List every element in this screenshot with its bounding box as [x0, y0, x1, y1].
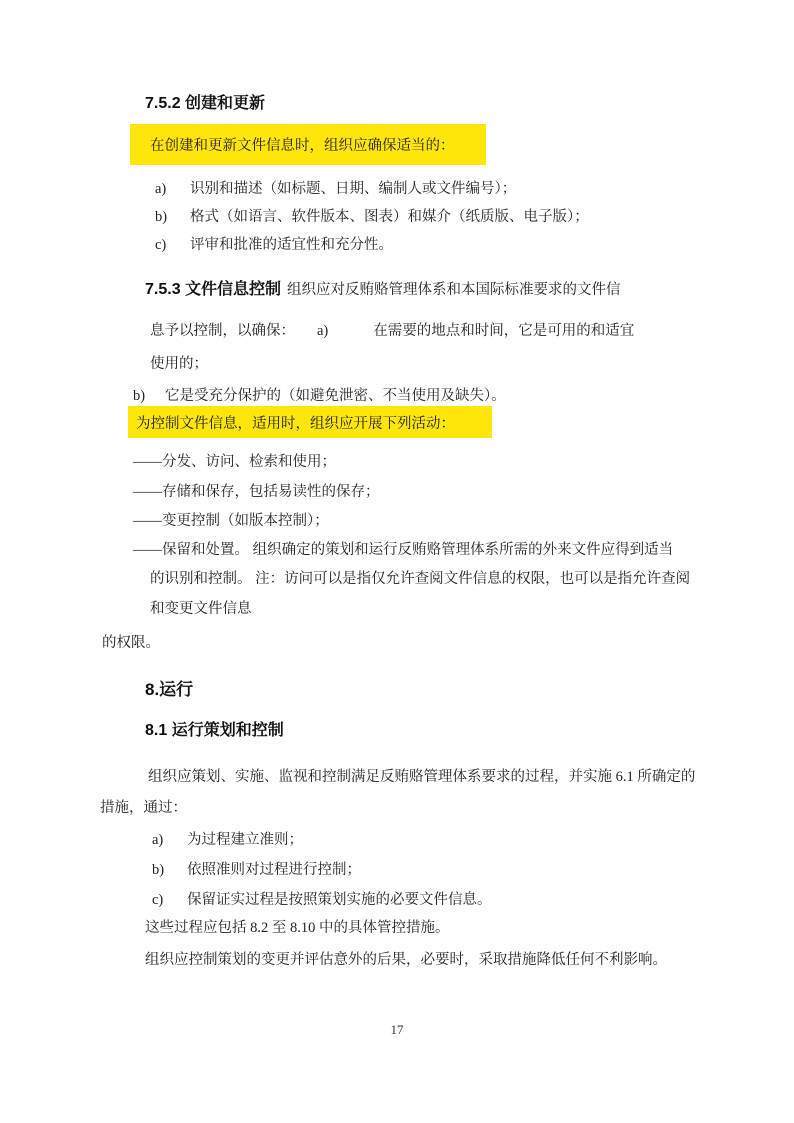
dash-list-item: ——保留和处置。 组织确定的策划和运行反贿赂管理体系所需的外来文件应得到适当 [133, 538, 673, 559]
dash-list-item: ——存储和保存，包括易读性的保存； [133, 480, 380, 501]
list-item: a)识别和描述（如标题、日期、编制人或文件编号）； [155, 177, 516, 198]
list-item-label: b) [133, 388, 165, 405]
section-heading-753: 7.5.3 文件信息控制 [145, 281, 281, 298]
list-item-label: a) [152, 832, 187, 849]
section-heading-81: 8.1 运行策划和控制 [145, 717, 284, 740]
paragraph-line: 组织应策划、实施、监视和控制满足反贿赂管理体系要求的过程，并实施 6.1 所确定… [148, 765, 695, 786]
list-item-text: 为过程建立准则； [187, 832, 303, 848]
section-heading-752: 7.5.2 创建和更新 [145, 90, 265, 113]
list-item-text: 评审和批准的适宜性和充分性。 [190, 237, 393, 253]
list-item-label: b) [155, 209, 190, 226]
paragraph-text: 息予以控制，以确保： [150, 323, 295, 339]
highlight-block-2: 为控制文件信息，适用时，组织应开展下列活动： [128, 406, 492, 438]
section-heading-8: 8.运行 [145, 675, 193, 700]
list-item-text: 识别和描述（如标题、日期、编制人或文件编号）； [190, 181, 516, 197]
highlighted-text: 为控制文件信息，适用时，组织应开展下列活动： [136, 412, 455, 433]
paragraph-line: 这些过程应包括 8.2 至 8.10 中的具体管控措施。 [145, 916, 450, 937]
heading-run-on-text: 组织应对反贿赂管理体系和本国际标准要求的文件信 [287, 282, 621, 298]
list-item: c)保留证实过程是按照策划实施的必要文件信息。 [152, 888, 492, 909]
list-item-text: 格式（如语言、软件版本、图表）和媒介（纸质版、电子版）； [190, 209, 589, 225]
list-item-label: a) [155, 181, 190, 198]
paragraph-line: 和变更文件信息 [150, 597, 252, 618]
list-item-text: 它是受充分保护的（如避免泄密、不当使用及缺失）。 [165, 388, 506, 404]
section-heading-753-line: 7.5.3 文件信息控制组织应对反贿赂管理体系和本国际标准要求的文件信 [145, 276, 621, 299]
paragraph-line: 息予以控制，以确保：a)在需要的地点和时间，它是可用的和适宜 [150, 319, 634, 340]
list-item-label: a) [317, 323, 328, 339]
highlight-block-1: 在创建和更新文件信息时，组织应确保适当的： [130, 124, 486, 165]
list-item-label: b) [152, 862, 187, 879]
paragraph-line: 的识别和控制。 注：访问可以是指仅允许查阅文件信息的权限，也可以是指允许查阅 [150, 567, 690, 588]
paragraph-line: 的权限。 [102, 631, 160, 652]
list-item: b)依照准则对过程进行控制； [152, 858, 361, 879]
list-item-text: 保留证实过程是按照策划实施的必要文件信息。 [187, 892, 492, 908]
list-item-label: c) [155, 237, 190, 254]
page-number: 17 [0, 1022, 794, 1038]
list-item: b)格式（如语言、软件版本、图表）和媒介（纸质版、电子版）； [155, 205, 589, 226]
list-item: c)评审和批准的适宜性和充分性。 [155, 233, 393, 254]
list-item: a)为过程建立准则； [152, 828, 303, 849]
list-item: b)它是受充分保护的（如避免泄密、不当使用及缺失）。 [133, 384, 506, 405]
paragraph-line: 使用的； [150, 352, 208, 373]
dash-list-item: ——变更控制（如版本控制）； [133, 509, 329, 530]
dash-list-item: ——分发、访问、检索和使用； [133, 450, 336, 471]
paragraph-line: 组织应控制策划的变更并评估意外的后果，必要时，采取措施降低任何不利影响。 [145, 948, 667, 969]
list-item-text: 在需要的地点和时间，它是可用的和适宜 [373, 323, 634, 339]
document-page: 7.5.2 创建和更新 在创建和更新文件信息时，组织应确保适当的： a)识别和描… [0, 0, 794, 1123]
highlighted-text: 在创建和更新文件信息时，组织应确保适当的： [150, 134, 455, 155]
list-item-label: c) [152, 892, 187, 909]
paragraph-line: 措施，通过： [100, 796, 187, 817]
list-item-text: 依照准则对过程进行控制； [187, 862, 361, 878]
